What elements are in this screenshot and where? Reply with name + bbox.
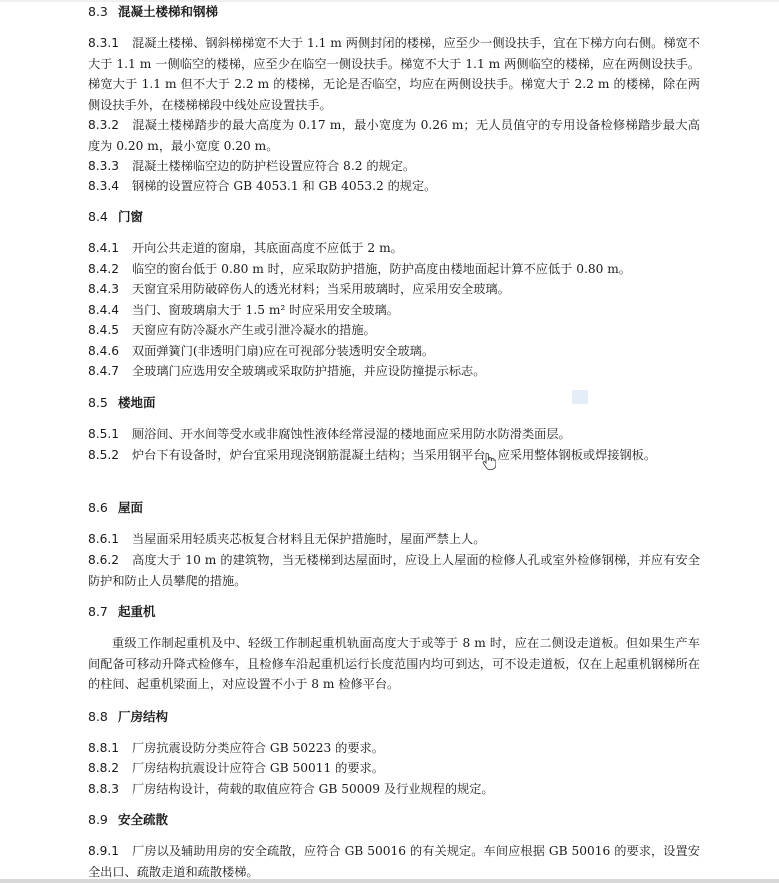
clause-8-4-2: 8.4.2临空的窗台低于 0.80 m 时，应采取防护措施，防护高度由楼地面起计… — [88, 259, 700, 280]
clause-8-9-1: 8.9.1厂房以及辅助用房的安全疏散，应符合 GB 50016 的有关规定。车间… — [88, 841, 700, 882]
logo-watermark-icon — [572, 390, 588, 404]
clause-8-5-2: 8.5.2炉台下有设备时，炉台宜采用现浇钢筋混凝土结构；当采用钢平台，应采用整体… — [88, 445, 700, 466]
section-heading-8-5: 8.5楼地面 — [88, 393, 156, 414]
bottom-edge — [0, 879, 779, 883]
clause-8-4-4: 8.4.4当门、窗玻璃扇大于 1.5 m² 时应采用安全玻璃。 — [88, 300, 700, 321]
section-heading-8-4: 8.4门窗 — [88, 207, 143, 228]
clause-8-4-5: 8.4.5天窗应有防冷凝水产生或引泄冷凝水的措施。 — [88, 320, 700, 341]
clause-8-7: 重级工作制起重机及中、轻级工作制起重机轨面高度大于或等于 8 m 时，应在二侧设… — [88, 633, 700, 695]
clause-8-4-6: 8.4.6双面弹簧门(非透明门扇)应在可视部分装透明安全玻璃。 — [88, 341, 700, 362]
clause-8-4-3: 8.4.3天窗宜采用防破碎伤人的透光材料；当采用玻璃时，应采用安全玻璃。 — [88, 279, 700, 300]
section-heading-8-8: 8.8厂房结构 — [88, 707, 168, 728]
clause-8-3-3: 8.3.3混凝土楼梯临空边的防护栏设置应符合 8.2 的规定。 — [88, 156, 700, 177]
section-heading-8-7: 8.7起重机 — [88, 602, 156, 623]
section-heading-8-6: 8.6屋面 — [88, 498, 143, 519]
clause-8-4-7: 8.4.7全玻璃门应选用安全玻璃或采取防护措施，并应设防撞提示标志。 — [88, 361, 700, 382]
section-heading-8-9: 8.9安全疏散 — [88, 810, 168, 831]
clause-8-3-4: 8.3.4钢梯的设置应符合 GB 4053.1 和 GB 4053.2 的规定。 — [88, 176, 700, 197]
clause-8-6-2: 8.6.2高度大于 10 m 的建筑物，当无楼梯到达屋面时，应设上人屋面的检修人… — [88, 550, 700, 591]
clause-8-6-1: 8.6.1当屋面采用轻质夹芯板复合材料且无保护措施时，屋面严禁上人。 — [88, 529, 700, 550]
clause-8-5-1: 8.5.1厕浴间、开水间等受水或非腐蚀性液体经常浸湿的楼地面应采用防水防滑类面层… — [88, 424, 700, 445]
section-heading-8-3: 8.3混凝土楼梯和钢梯 — [88, 2, 218, 23]
clause-8-8-1: 8.8.1厂房抗震设防分类应符合 GB 50223 的要求。 — [88, 738, 700, 759]
clause-8-8-3: 8.8.3厂房结构设计，荷载的取值应符合 GB 50009 及行业规程的规定。 — [88, 779, 700, 800]
clause-8-4-1: 8.4.1开向公共走道的窗扇，其底面高度不应低于 2 m。 — [88, 238, 700, 259]
clause-8-3-1: 8.3.1混凝土楼梯、钢斜梯梯宽不大于 1.1 m 两侧封闭的楼梯，应至少一侧设… — [88, 33, 700, 115]
hand-pointer-icon — [482, 453, 496, 471]
clause-8-8-2: 8.8.2厂房结构抗震设计应符合 GB 50011 的要求。 — [88, 758, 700, 779]
clause-8-3-2: 8.3.2混凝土楼梯踏步的最大高度为 0.17 m，最小宽度为 0.26 m；无… — [88, 115, 700, 156]
